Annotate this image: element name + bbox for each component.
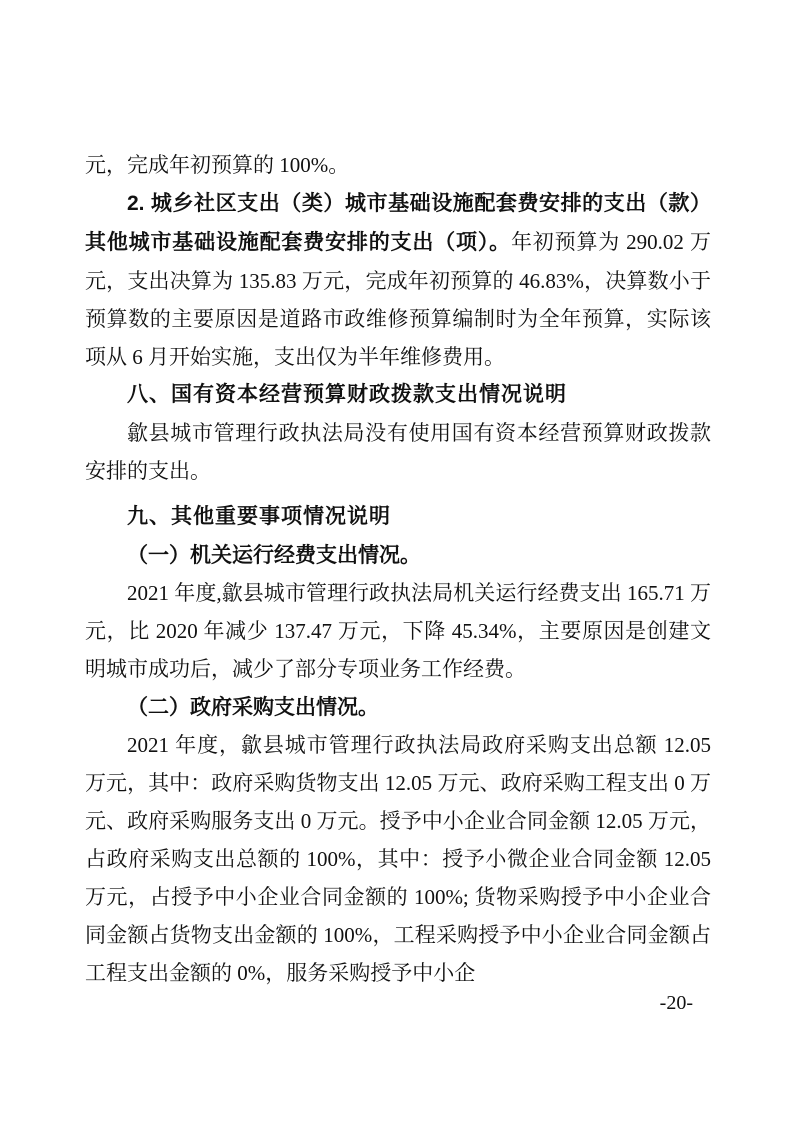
bold-text-run: 九、其他重要事项情况说明 (127, 505, 391, 528)
paragraph-no-state-capital-expenditure: 歙县城市管理行政执法局没有使用国有资本经营预算财政拨款安排的支出。 (85, 414, 711, 490)
bold-text-run: （二）政府采购支出情况。 (127, 695, 379, 719)
paragraph-urban-community-expenditure: 2. 城乡社区支出（类）城市基础设施配套费安排的支出（款）其他城市基础设施配套费… (85, 184, 711, 376)
text-run: 元，完成年初预算的 100%。 (85, 153, 349, 177)
text-run: 2021 年度，歙县城市管理行政执法局政府采购支出总额 12.05 万元，其中：… (85, 733, 711, 985)
subsection-heading-2-government-procurement: （二）政府采购支出情况。 (85, 688, 711, 726)
page-number: -20- (660, 990, 693, 1016)
section-heading-9-other-important-matters: 九、其他重要事项情况说明 (85, 498, 711, 536)
text-run: 歙县城市管理行政执法局没有使用国有资本经营预算财政拨款安排的支出。 (85, 421, 711, 483)
paragraph-budget-completion-continued: 元，完成年初预算的 100%。 (85, 146, 711, 184)
paragraph-operating-expenses-detail: 2021 年度,歙县城市管理行政执法局机关运行经费支出 165.71 万元，比 … (85, 574, 711, 688)
subsection-heading-1-operating-expenses: （一）机关运行经费支出情况。 (85, 536, 711, 574)
document-content: 元，完成年初预算的 100%。2. 城乡社区支出（类）城市基础设施配套费安排的支… (85, 146, 711, 992)
bold-text-run: （一）机关运行经费支出情况。 (127, 543, 421, 567)
text-run: 2021 年度,歙县城市管理行政执法局机关运行经费支出 165.71 万元，比 … (85, 581, 711, 681)
document-page: 元，完成年初预算的 100%。2. 城乡社区支出（类）城市基础设施配套费安排的支… (0, 0, 793, 1122)
section-heading-8-state-capital-budget: 八、国有资本经营预算财政拨款支出情况说明 (85, 376, 711, 414)
bold-text-run: 八、国有资本经营预算财政拨款支出情况说明 (127, 383, 567, 406)
paragraph-government-procurement-detail: 2021 年度，歙县城市管理行政执法局政府采购支出总额 12.05 万元，其中：… (85, 726, 711, 992)
